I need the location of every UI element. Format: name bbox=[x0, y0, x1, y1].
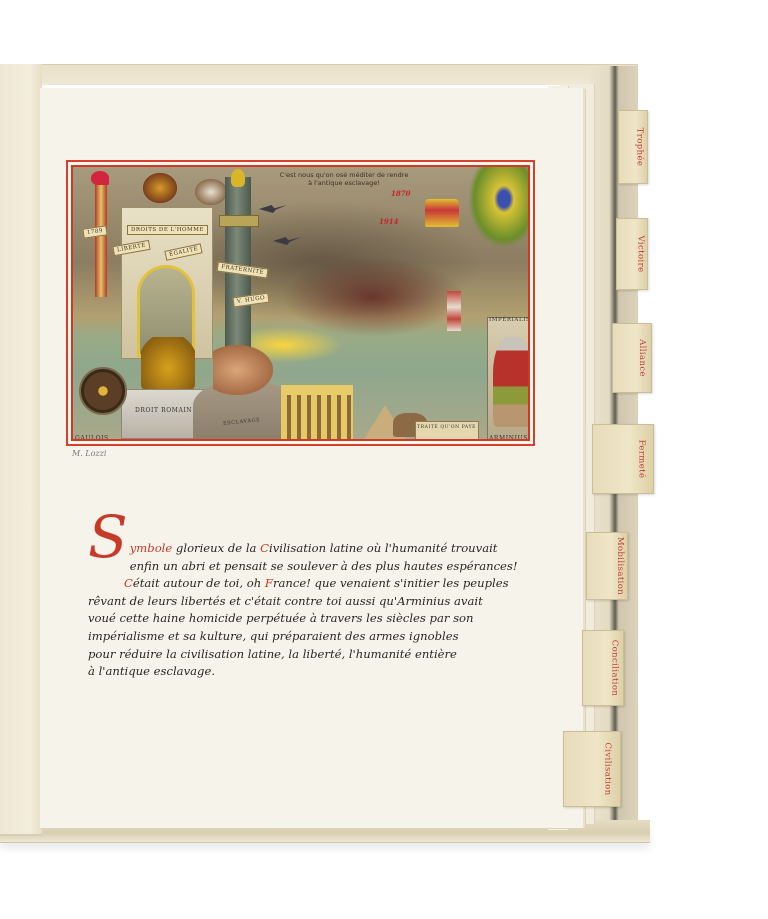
text-line: voué cette haine homicide perpétuée à tr… bbox=[88, 610, 528, 628]
illustration-frame: C'est nous qu'on osé méditer de rendre à… bbox=[66, 160, 535, 446]
fasces-icon bbox=[95, 177, 107, 297]
gallic-shield-icon bbox=[79, 367, 127, 415]
tab-fermete[interactable]: Fermeté bbox=[592, 424, 654, 494]
text-line: rêvant de leurs libertés et c'était cont… bbox=[88, 593, 528, 611]
label-gaulois: Gaulois bbox=[75, 435, 109, 441]
year-1914-label: 1914 bbox=[379, 217, 398, 226]
text-line: Cétait autour de toi, oh France! que ven… bbox=[88, 575, 528, 593]
text-line: enfin un abri et pensait se soulever à d… bbox=[88, 558, 528, 576]
year-1870-label: 1870 bbox=[391, 189, 410, 198]
tab-label: Mobilisation bbox=[615, 537, 625, 595]
caption-line-2: à l'antique esclavage! bbox=[308, 179, 380, 187]
tab-mobilisation[interactable]: Mobilisation bbox=[586, 532, 628, 600]
scroll-droits-de-l-homme: Droits de l'Homme bbox=[127, 225, 208, 235]
text-line: ymbole glorieux de la Civilisation latin… bbox=[88, 514, 528, 558]
drop-cap-letter: S bbox=[88, 512, 128, 562]
tab-trophee[interactable]: Trophée bbox=[618, 110, 648, 184]
tab-label: Civilisation bbox=[602, 742, 612, 795]
genie-of-liberty-icon bbox=[231, 169, 245, 187]
chained-figure-statue bbox=[213, 345, 273, 395]
column-capital bbox=[219, 215, 259, 227]
tab-alliance[interactable]: Alliance bbox=[612, 323, 652, 393]
label-imperialisme: Impérialisme bbox=[489, 317, 530, 323]
tab-civilisation[interactable]: Civilisation bbox=[563, 731, 621, 807]
phrygian-cap-icon bbox=[91, 171, 109, 185]
text-line: pour réduire la civilisation latine, la … bbox=[88, 646, 528, 664]
label-arminius: Arminius bbox=[489, 435, 528, 441]
text-line: impérialisme et sa kulture, qui préparai… bbox=[88, 628, 528, 646]
gallic-rooster-icon bbox=[143, 173, 177, 203]
swallow-icon bbox=[259, 205, 287, 213]
text-line: à l'antique esclavage. bbox=[88, 663, 528, 681]
tab-conciliation[interactable]: Conciliation bbox=[582, 630, 624, 706]
left-facing-page[interactable] bbox=[0, 64, 42, 836]
tab-label: Trophée bbox=[635, 128, 645, 167]
calligraphic-text-block: S ymbole glorieux de la Civilisation lat… bbox=[88, 514, 528, 681]
treaty-tablet bbox=[415, 421, 479, 441]
tab-label: Alliance bbox=[637, 339, 647, 377]
imperial-crown-icon bbox=[425, 199, 459, 227]
imperial-eagle-icon bbox=[141, 337, 195, 389]
pagoda-tower bbox=[447, 291, 461, 331]
book-block-top-edge bbox=[18, 64, 638, 85]
artist-signature: M. Lozzi bbox=[72, 449, 106, 458]
caption-line-1: C'est nous qu'on osé méditer de rendre bbox=[280, 171, 409, 179]
american-eagle-icon bbox=[195, 179, 227, 205]
tab-label: Conciliation bbox=[610, 640, 620, 697]
illustration-top-caption: C'est nous qu'on osé méditer de rendre à… bbox=[259, 171, 429, 187]
tab-label: Victoire bbox=[635, 235, 645, 272]
label-droit-romain: Droit Romain bbox=[135, 407, 192, 414]
greek-temple bbox=[281, 385, 353, 441]
swallow-icon bbox=[273, 237, 301, 245]
tab-label: Fermeté bbox=[637, 440, 647, 479]
arminius-figure bbox=[493, 337, 530, 427]
allegorical-illustration: C'est nous qu'on osé méditer de rendre à… bbox=[71, 165, 530, 441]
tab-victoire[interactable]: Victoire bbox=[616, 218, 648, 290]
label-traite: Traité qu'on paye bbox=[417, 425, 476, 430]
peacock-icon bbox=[469, 167, 530, 247]
